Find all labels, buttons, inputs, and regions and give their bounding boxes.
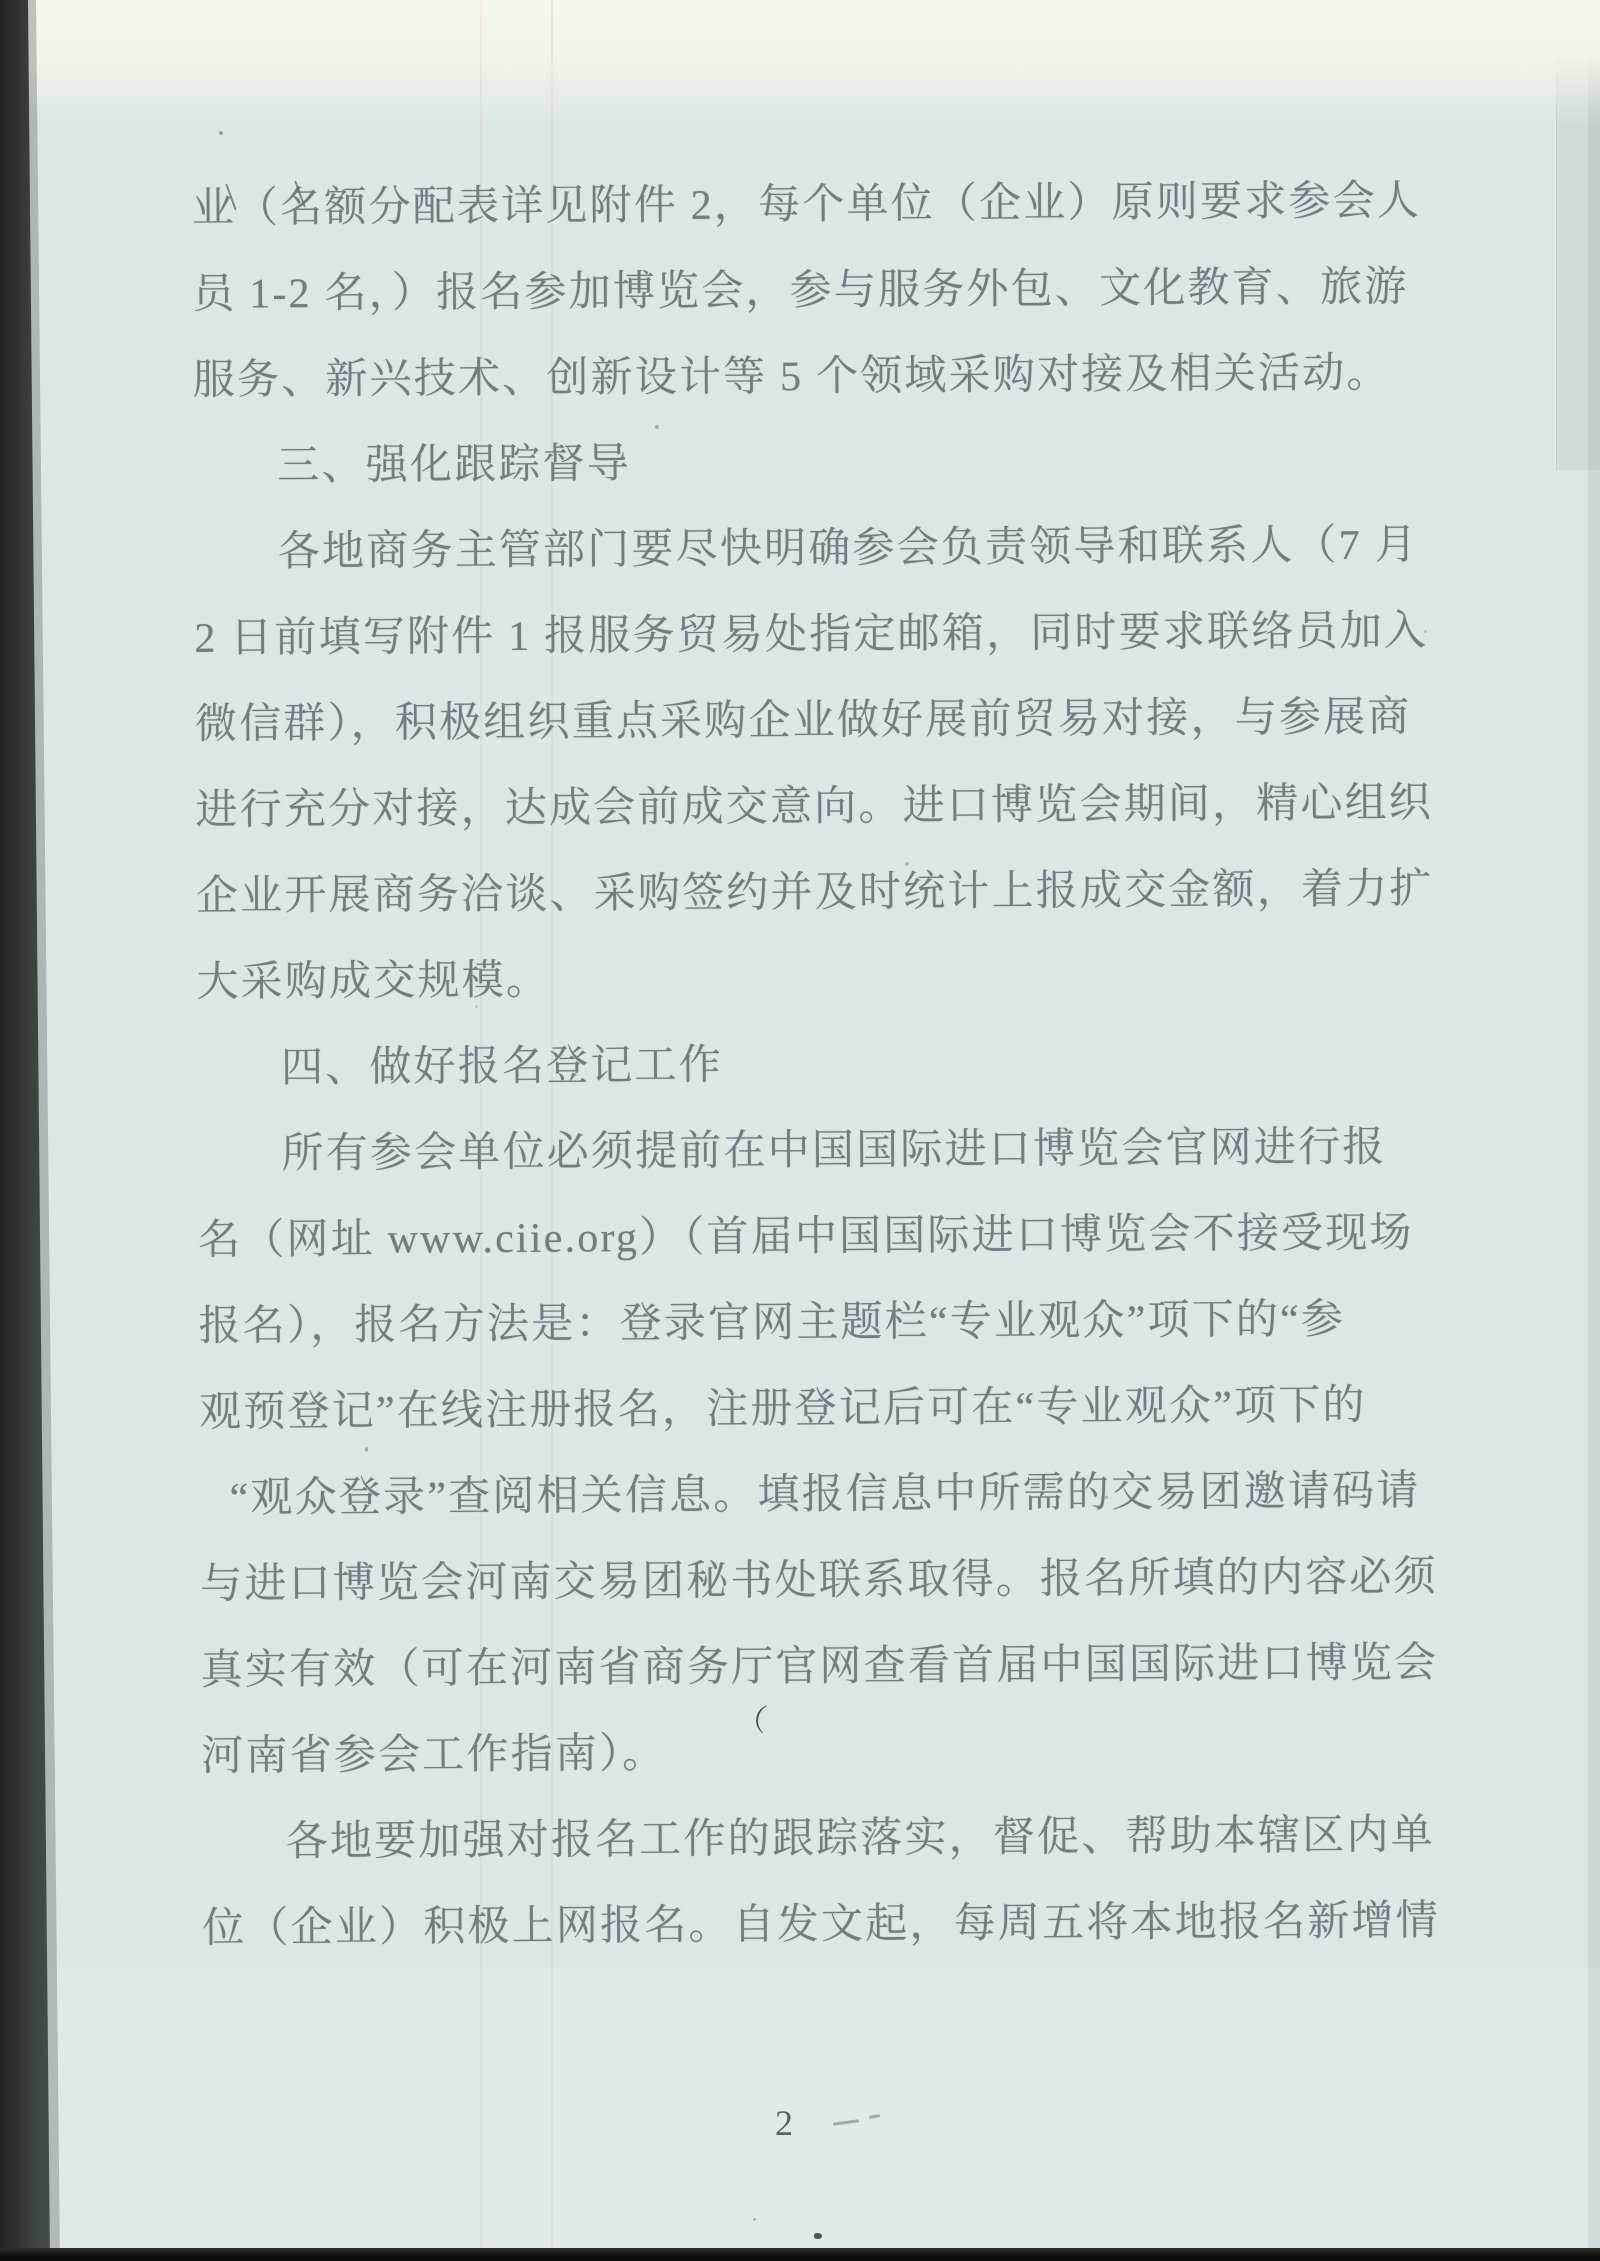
- text-line: 2 日前填写附件 1 报服务贸易处指定邮箱，同时要求联络员加入: [194, 588, 1455, 682]
- text-line: “观众登录”查阅相关信息。填报信息中所需的交易团邀请码请: [199, 1448, 1460, 1542]
- text-line: 位（企业）积极上网报名。自发文起，每周五将本地报名新增情: [202, 1878, 1463, 1972]
- text-line: 进行充分对接，达成会前成交意向。进口博览会期间，精心组织: [195, 760, 1456, 854]
- scan-speck: [365, 1447, 368, 1452]
- text-line: 服务、新兴技术、创新设计等 5 个领域采购对接及相关活动。: [193, 330, 1454, 424]
- scan-speck: [1424, 630, 1427, 633]
- text-line: 各地要加强对报名工作的跟踪落实，督促、帮助本辖区内单: [201, 1792, 1462, 1886]
- text-line: 微信群），积极组织重点采购企业做好展前贸易对接，与参展商: [195, 674, 1456, 768]
- scan-speck: [753, 2218, 756, 2221]
- text-line: 企业开展商务洽谈、采购签约并及时统计上报成交金额，着力扩: [196, 846, 1457, 940]
- scanned-document-page: 业（名额分配表详见附件 2，每个单位（企业）原则要求参会人 员 1-2 名，）报…: [0, 0, 1600, 2261]
- scan-speck: [655, 425, 659, 429]
- text-line: 大采购成交规模。: [196, 932, 1457, 1026]
- scan-speck: [905, 862, 909, 866]
- scan-speck: [1190, 352, 1193, 355]
- scan-bottom-edge-bar: [0, 2248, 1600, 2261]
- scan-top-light-band: [0, 0, 1600, 125]
- page-number: 2: [775, 2102, 793, 2144]
- text-line: 河南省参会工作指南）。: [201, 1706, 1462, 1800]
- document-body: 业（名额分配表详见附件 2，每个单位（企业）原则要求参会人 员 1-2 名，）报…: [191, 158, 1462, 1972]
- scan-bottom-light-band: [0, 1968, 1600, 2248]
- text-line: 与进口博览会河南交易团秘书处联系取得。报名所填的内容必须: [200, 1534, 1461, 1628]
- text-line: 真实有效（可在河南省商务厅官网查看首届中国国际进口博览会: [200, 1620, 1461, 1714]
- text-line: 名（网址 www.ciie.org）（首届中国国际进口博览会不接受现场: [198, 1190, 1459, 1284]
- scan-speck: [219, 131, 223, 135]
- text-line: 各地商务主管部门要尽快明确参会负责领导和联系人（7 月: [194, 502, 1455, 596]
- scan-artifact-paren: （: [734, 1692, 770, 1740]
- scan-speck: [475, 1005, 478, 1008]
- text-line: 所有参会单位必须提前在中国国际进口博览会官网进行报: [197, 1104, 1458, 1198]
- text-line: 报名），报名方法是：登录官网主题栏“专业观众”项下的“参: [198, 1276, 1459, 1370]
- text-line: 业（名额分配表详见附件 2，每个单位（企业）原则要求参会人: [191, 158, 1452, 252]
- section-heading: 三、强化跟踪督导: [193, 416, 1454, 510]
- scan-speck: [1105, 1496, 1108, 1499]
- text-line: 观预登记”在线注册报名，注册登记后可在“专业观众”项下的: [199, 1362, 1460, 1456]
- scan-speck: [814, 2233, 822, 2239]
- scan-right-far-shade: [1588, 0, 1600, 2261]
- text-line: 员 1-2 名，）报名参加博览会，参与服务外包、文化教育、旅游: [192, 244, 1453, 338]
- section-heading: 四、做好报名登记工作: [197, 1018, 1458, 1112]
